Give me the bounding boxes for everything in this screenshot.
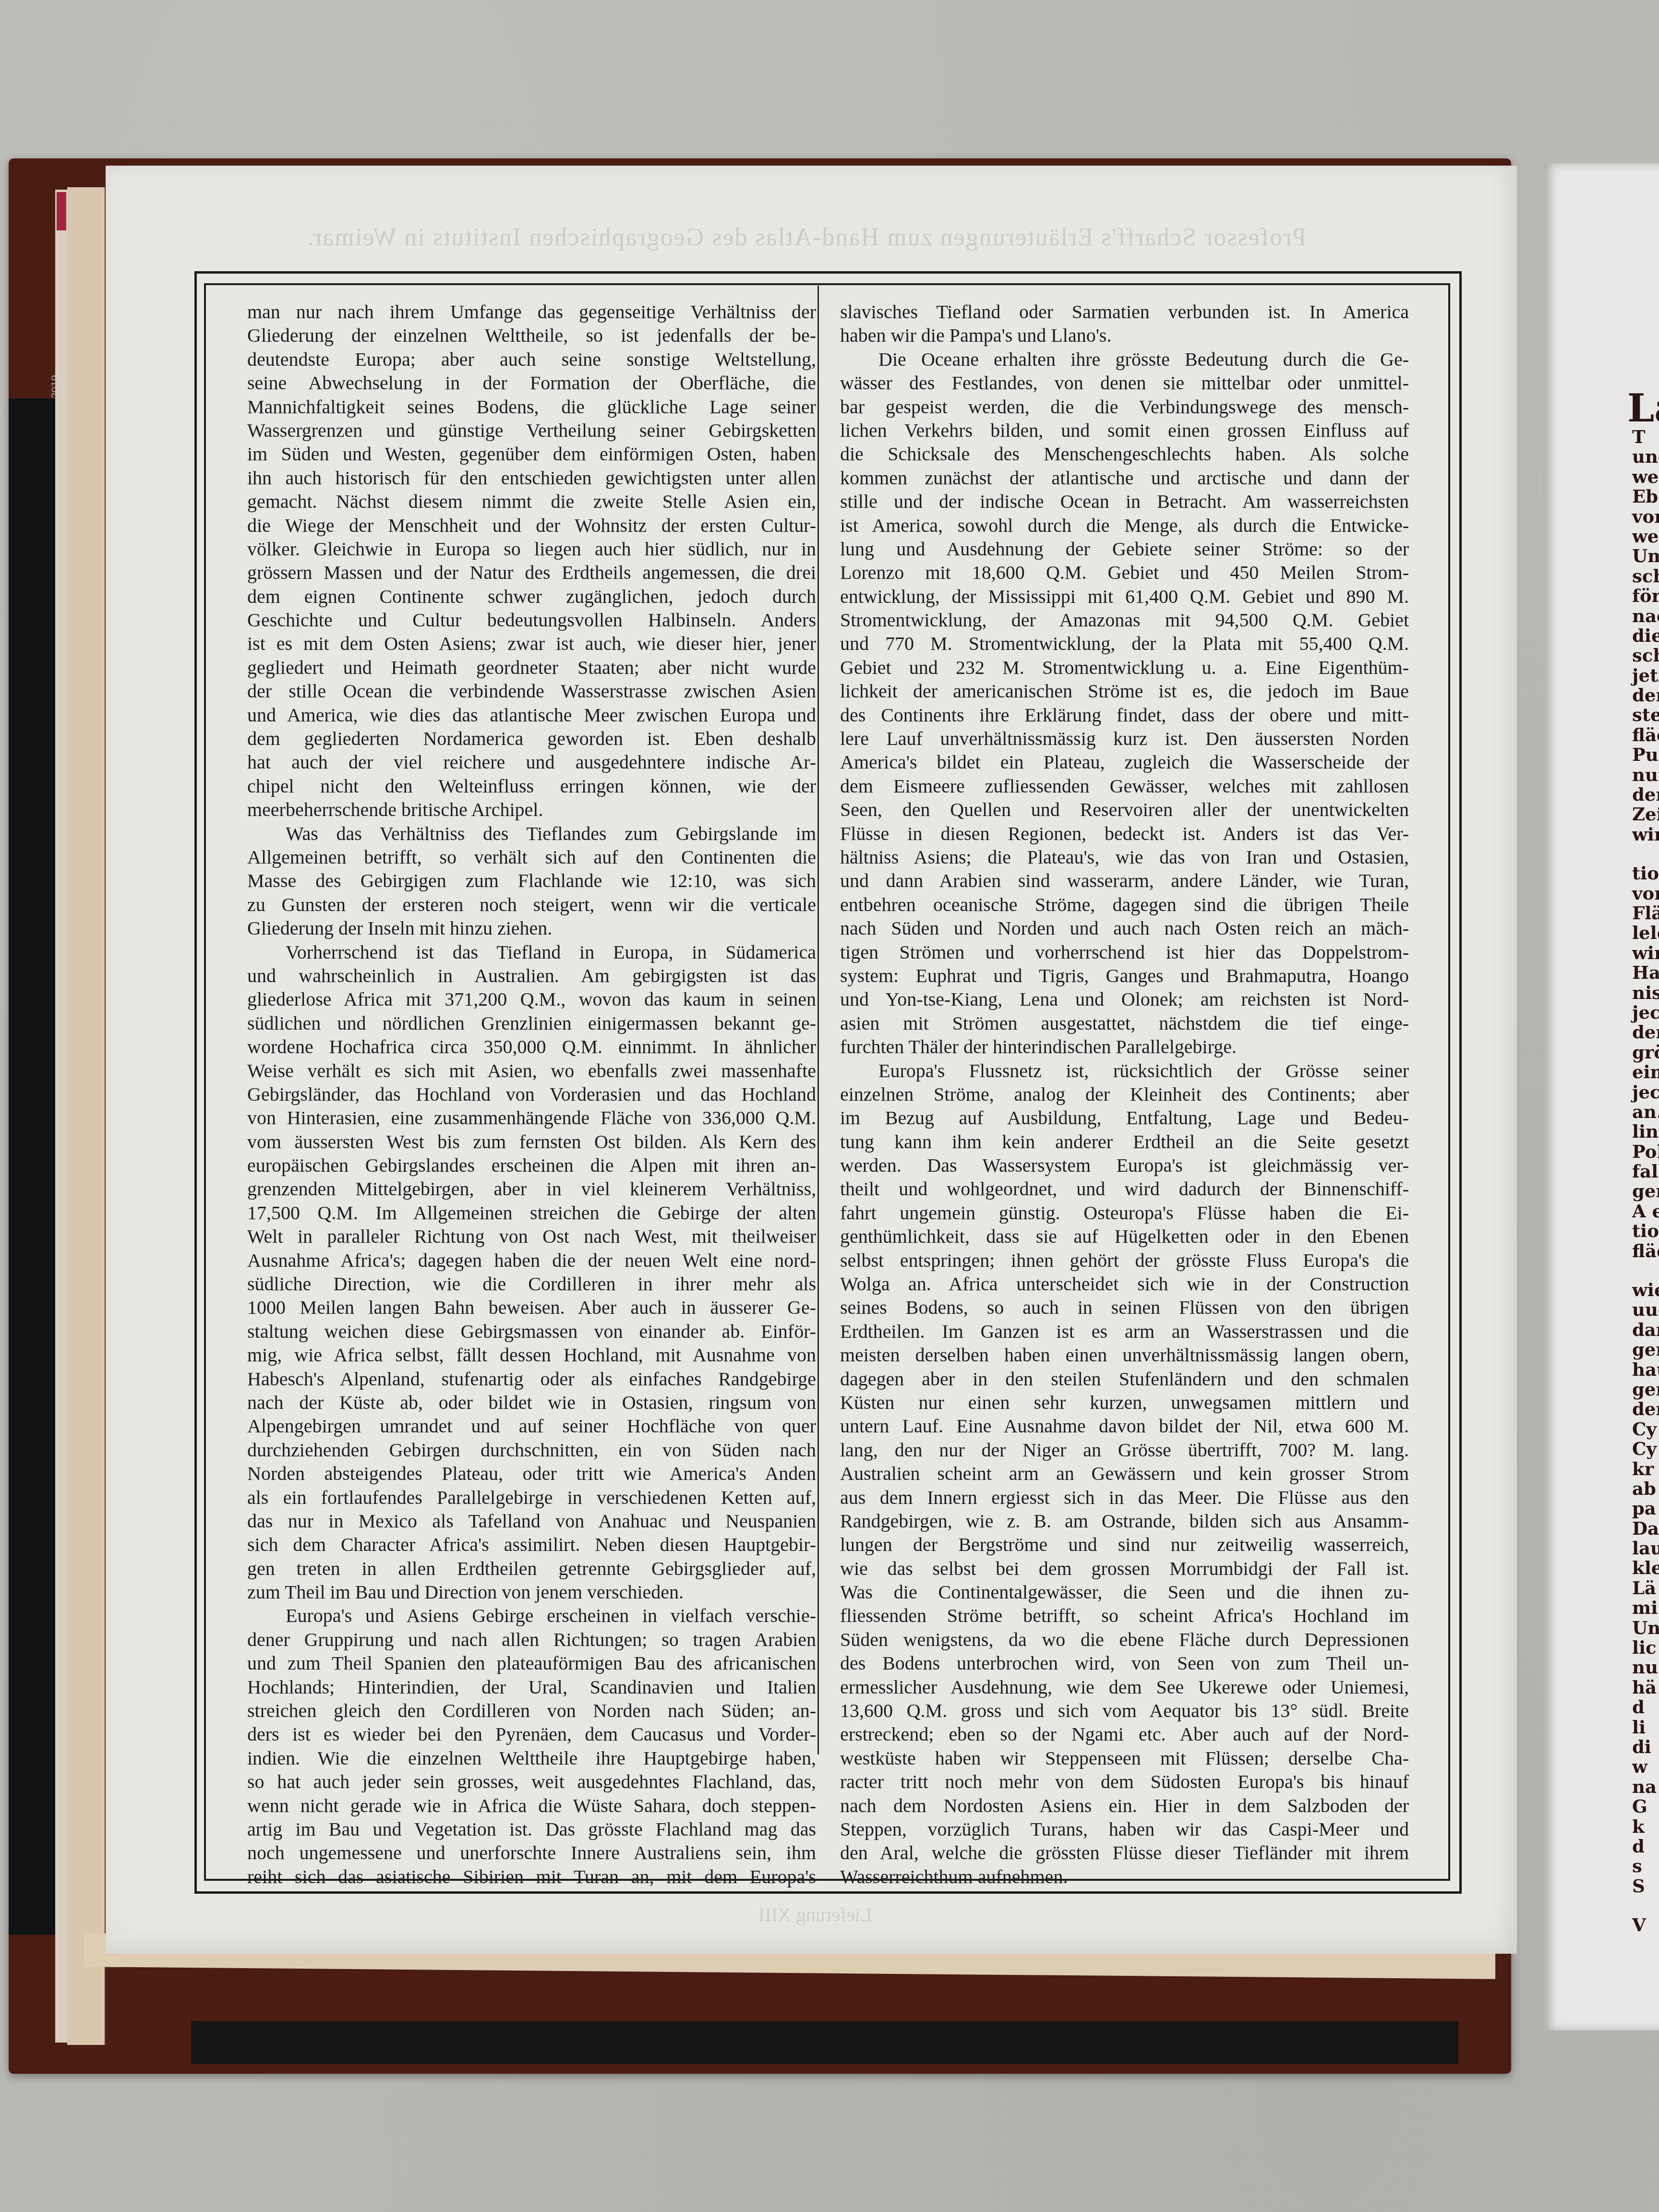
adjacent-page-fragment: grö (1632, 1043, 1659, 1062)
text-line: ihn auch historisch für den entschieden … (247, 466, 816, 490)
text-line: Welt in paralleler Richtung von Ost nach… (247, 1225, 816, 1248)
text-line: nach dem Nordosten Asiens ein. Hier in d… (840, 1794, 1409, 1817)
text-line: aus dem Innern ergiesst sich in das Meer… (840, 1486, 1409, 1509)
adjacent-page-fragment: Cy (1632, 1439, 1659, 1459)
adjacent-page-fragment: wir (1632, 825, 1659, 844)
text-line: und Yon-tse-Kiang, Lena und Olonek; am r… (840, 987, 1409, 1011)
text-line: ist es mit dem Osten Asiens; zwar ist au… (247, 632, 816, 655)
text-line: Europa's und Asiens Gebirge erscheinen i… (247, 1604, 816, 1627)
text-line: die Schicksale des Menschengeschlechts h… (840, 442, 1409, 466)
text-line: hältniss Asiens; die Plateau's, wie das … (840, 845, 1409, 869)
text-line: Weise verhält es sich mit Asien, wo eben… (247, 1059, 816, 1082)
adjacent-page-fragment: jec (1632, 1082, 1659, 1102)
adjacent-page-fragment: were (1632, 527, 1659, 546)
text-line: das nur in Mexico als Tafelland von Anah… (247, 1509, 816, 1533)
text-line: dem gegliederten Nordamerica geworden is… (247, 727, 816, 750)
text-line: untern Lauf. Eine Ausnahme davon bildet … (840, 1414, 1409, 1438)
document-page: Professor Scharff's Erläuterungen zum Ha… (106, 166, 1517, 1954)
cover-cloth-edge (191, 2021, 1458, 2064)
adjacent-page-fragment: k (1632, 1817, 1659, 1837)
text-line: entbehren oceanische Ströme, dagegen sin… (840, 893, 1409, 916)
spine-stamp: 2019 (49, 375, 61, 398)
adjacent-page-fragment: der (1632, 1022, 1659, 1042)
text-line: haben wir die Pampa's und Llano's. (840, 324, 1409, 347)
adjacent-page: La TundwereEbevonwereUmschiförnnachdiesc… (1543, 163, 1659, 2031)
adjacent-page-fragment: von (1632, 884, 1659, 903)
adjacent-page-fragment: Flä (1632, 903, 1659, 923)
adjacent-page-fragment: Cy (1632, 1419, 1659, 1439)
text-line: lungen der Bergströme und sind nur zeitw… (840, 1533, 1409, 1556)
book-spine (9, 398, 61, 1935)
text-line: erstreckend; eben so der Ngami etc. Aber… (840, 1722, 1409, 1746)
text-line: gemacht. Nächst diesem nimmt die zweite … (247, 490, 816, 513)
adjacent-page-fragment: fläc (1632, 1241, 1659, 1261)
text-line: Stromentwicklung, der Amazonas mit 94,50… (840, 608, 1409, 632)
adjacent-page-fragment: jetz (1632, 666, 1659, 685)
adjacent-page-fragment: lau (1632, 1539, 1659, 1558)
text-line: grössern Massen und der Natur des Erdthe… (247, 561, 816, 584)
adjacent-page-fragment: der (1632, 785, 1659, 805)
text-line: Flüsse in diesen Regionen, bedeckt ist. … (840, 822, 1409, 845)
text-line: im Bezug auf Ausbildung, Entfaltung, Lag… (840, 1106, 1409, 1130)
adjacent-page-fragment (1632, 844, 1659, 864)
text-line: 17,500 Q.M. Im Allgemeinen streichen die… (247, 1201, 816, 1225)
adjacent-page-fragment: mi (1632, 1598, 1659, 1618)
adjacent-page-fragment: na (1632, 1777, 1659, 1797)
text-line: Ausnahme Africa's; dagegen haben die der… (247, 1249, 816, 1272)
text-line: meisten derselben haben einen unverhältn… (840, 1343, 1409, 1367)
text-line: gegliedert und Heimath geordneter Staate… (247, 656, 816, 679)
text-line: indien. Wie die einzelnen Welttheile ihr… (247, 1746, 816, 1770)
adjacent-page-fragment: lic (1632, 1638, 1659, 1658)
text-line: asien mit Strömen ausgestattet, nächstde… (840, 1011, 1409, 1035)
adjacent-page-fragment: der (1632, 1399, 1659, 1419)
adjacent-page-fragment: lele (1632, 923, 1659, 943)
bookmark-ribbon (57, 192, 66, 230)
text-line: Was die Continentalgewässer, die Seen un… (840, 1580, 1409, 1604)
adjacent-page-fragment: d (1632, 1697, 1659, 1717)
text-line: wordene Hochafrica circa 350,000 Q.M. ei… (247, 1035, 816, 1058)
text-line: lichkeit der americanischen Ströme ist e… (840, 679, 1409, 703)
bleed-through-header: Professor Scharff's Erläuterungen zum Ha… (187, 223, 1426, 252)
text-line: wenn nicht gerade wie in Africa die Wüst… (247, 1794, 816, 1817)
text-line: wie das selbst bei dem grossen Morrumbid… (840, 1557, 1409, 1580)
text-line: lang, den nur der Niger an Grösse übertr… (840, 1438, 1409, 1462)
text-line: Europa's Flussnetz ist, rücksichtlich de… (840, 1059, 1409, 1082)
adjacent-page-fragment: die (1632, 626, 1659, 646)
text-line: und dann Arabien sind wasserarm, andere … (840, 869, 1409, 892)
text-line: racter tritt noch mehr von dem Südosten … (840, 1770, 1409, 1793)
adjacent-page-fragment: den (1632, 685, 1659, 705)
text-line: selbst entspringen; ihnen gehört der grö… (840, 1249, 1409, 1272)
text-line: und 770 M. Stromentwicklung, der la Plat… (840, 632, 1409, 655)
adjacent-page-fragment: niss (1632, 983, 1659, 1003)
text-line: Wolga an. Africa unterscheidet sich wie … (840, 1272, 1409, 1296)
text-line: gen treten in allen Erdtheilen getrennte… (247, 1557, 816, 1580)
adjacent-page-fragment: Pol (1632, 1142, 1659, 1162)
text-line: dem eignen Continente schwer zugängliche… (247, 585, 816, 608)
adjacent-page-fragment: hau (1632, 1360, 1659, 1380)
text-line: die Wiege der Menschheit und der Wohnsit… (247, 514, 816, 537)
text-line: europäischen Gebirgslandes erscheinen di… (247, 1154, 816, 1177)
adjacent-page-fragment: an. (1632, 1102, 1659, 1122)
adjacent-page-fragment: dar (1632, 1320, 1659, 1340)
adjacent-page-fragment: d (1632, 1837, 1659, 1856)
adjacent-page-fragment: fläc (1632, 725, 1659, 745)
text-line: seine Abwechselung in der Formation der … (247, 371, 816, 395)
adjacent-page-fragment: ger (1632, 1181, 1659, 1201)
adjacent-page-fragment: G (1632, 1797, 1659, 1816)
text-line: dener Gruppirung und nach allen Richtung… (247, 1628, 816, 1651)
adjacent-page-fragment: w (1632, 1757, 1659, 1777)
text-line: streichen gleich den Cordilleren von Nor… (247, 1699, 816, 1722)
text-line: meerbeherrschende britische Archipel. (247, 798, 816, 821)
text-line: stille und der indische Ocean in Betrach… (840, 490, 1409, 513)
text-line: Gliederung der Inseln mit hinzu ziehen. (247, 916, 816, 940)
adjacent-page-fragment: A e (1632, 1202, 1659, 1221)
text-line: 13,600 Q.M. gross und sich vom Aequator … (840, 1699, 1409, 1722)
text-line: so hat auch jeder sein grosses, weit aus… (247, 1770, 816, 1793)
text-line: den Aral, welche die grössten Flüsse die… (840, 1841, 1409, 1864)
adjacent-page-text: La TundwereEbevonwereUmschiförnnachdiesc… (1632, 163, 1659, 1935)
adjacent-page-fragment: ger (1632, 1380, 1659, 1399)
adjacent-page-fragment: s (1632, 1856, 1659, 1876)
text-line: als ein fortlaufendes Parallelgebirge in… (247, 1486, 816, 1509)
adjacent-page-fragment: pa (1632, 1499, 1659, 1518)
adjacent-page-fragment: tio (1632, 864, 1659, 883)
text-line: hat auch der viel reichere und ausgedehn… (247, 750, 816, 774)
text-line: staltung weichen diese Gebirgsmassen von… (247, 1320, 816, 1343)
adjacent-page-fragment: ject (1632, 1003, 1659, 1022)
text-line: lichen Verkehrs bilden, und somit einen … (840, 419, 1409, 442)
text-line: system: Euphrat und Tigris, Ganges und B… (840, 964, 1409, 987)
text-line: bar gespeist werden, die die Verbindungs… (840, 395, 1409, 419)
text-line: lung und Ausdehnung der Gebiete seiner S… (840, 537, 1409, 561)
text-line: seines Bodens, so auch in seinen Flüssen… (840, 1296, 1409, 1319)
text-line: fliessenden Ströme betrifft, so scheint … (840, 1604, 1409, 1627)
text-line: Lorenzo mit 18,600 Q.M. Gebiet und 450 M… (840, 561, 1409, 584)
drop-cap-initial: La (1627, 389, 1659, 427)
text-line: Die Oceane erhalten ihre grösste Bedeutu… (840, 348, 1409, 371)
text-line: zu Gunsten der ersteren noch steigert, w… (247, 893, 816, 916)
text-line: reiht sich das asiatische Sibirien mit T… (247, 1865, 816, 1888)
adjacent-page-fragment: nun (1632, 765, 1659, 785)
text-line: 1000 Meilen langen Bahn beweisen. Aber a… (247, 1296, 816, 1319)
adjacent-page-fragment: di (1632, 1737, 1659, 1757)
text-column-left: man nur nach ihrem Umfange das gegenseit… (247, 300, 816, 1888)
text-line: Alpengebirgen umrandet und auf seiner Ho… (247, 1414, 816, 1438)
text-line: lere Lauf unverhältnissmässig kurz ist. … (840, 727, 1409, 750)
text-line: werden. Das Wassersystem Europa's ist gl… (840, 1154, 1409, 1177)
text-line: Hochlands; Hinterindien, der Ural, Scand… (247, 1675, 816, 1699)
adjacent-page-fragment: tio (1632, 1221, 1659, 1241)
text-line: und zum Theil Spanien den plateauförmige… (247, 1651, 816, 1675)
text-line: nach der Küste ab, oder bildet wie in Os… (247, 1391, 816, 1414)
adjacent-page-fragment: von (1632, 507, 1659, 527)
adjacent-page-fragment: were (1632, 467, 1659, 487)
endpaper (67, 187, 106, 2045)
text-line: wässer des Festlandes, von denen sie mit… (840, 371, 1409, 395)
text-line: Was das Verhältniss des Tieflandes zum G… (247, 822, 816, 845)
bleed-through-footer: Lieferung XIII (758, 1903, 872, 1926)
text-line: ders ist es wieder bei den Pyrenäen, dem… (247, 1722, 816, 1746)
adjacent-page-fragment: nach (1632, 606, 1659, 626)
text-line: der stille Ocean die verbindende Wassers… (247, 679, 816, 703)
adjacent-page-fragment: Da (1632, 1519, 1659, 1539)
text-line: deutendste Europa; aber auch seine sonst… (247, 348, 816, 371)
text-line: sich dem Character Africa's assimilirt. … (247, 1533, 816, 1556)
text-line: Australien scheint arm an Gewässern und … (840, 1462, 1409, 1485)
column-divider (817, 286, 819, 1755)
text-line: Geschichte und Cultur bedeutungsvollen H… (247, 608, 816, 632)
text-line: westküste haben wir Steppenseen mit Flüs… (840, 1746, 1409, 1770)
adjacent-page-fragment: hä (1632, 1678, 1659, 1697)
text-line: im Süden und Westen, gegenüber dem einfö… (247, 442, 816, 466)
adjacent-page-fragment: scho (1632, 646, 1659, 665)
text-line: entwicklung, der Mississippi mit 61,400 … (840, 585, 1409, 608)
text-line: Wasserreichthum aufnehmen. (840, 1865, 1409, 1888)
text-line: tigen Strömen und vorherrschend ist hier… (840, 940, 1409, 964)
adjacent-page-fragment (1632, 1261, 1659, 1280)
adjacent-page-fragment: und (1632, 447, 1659, 467)
adjacent-page-fragment: Ebe (1632, 487, 1659, 506)
adjacent-page-fragment: ab (1632, 1479, 1659, 1499)
adjacent-page-fragment: förn (1632, 586, 1659, 606)
text-line: dagegen aber in den steilen Stufenländer… (840, 1367, 1409, 1391)
text-line: grenzenden Mittelgebirgen, aber in viel … (247, 1177, 816, 1201)
text-line: Randgebirgen, wie z. B. am Ostrande, bil… (840, 1509, 1409, 1533)
text-line: slavisches Tiefland oder Sarmatien verbu… (840, 300, 1409, 324)
text-line: America's bildet ein Plateau, zugleich d… (840, 750, 1409, 774)
text-line: nach Süden und Norden und auch nach Oste… (840, 916, 1409, 940)
text-line: Habesch's Alpenland, stufenartig oder al… (247, 1367, 816, 1391)
text-line: südliche Direction, wie die Cordilleren … (247, 1272, 816, 1296)
text-line: fahrt ungemein günstig. Osteuropa's Flüs… (840, 1201, 1409, 1225)
text-line: genthümlichkeit, dass sie auf Hügelkette… (840, 1225, 1409, 1248)
text-line: theilt und wohlgeordnet, und wird dadurc… (840, 1177, 1409, 1201)
text-line: ist America, sowohl durch die Menge, als… (840, 514, 1409, 537)
text-line: man nur nach ihrem Umfange das gegenseit… (247, 300, 816, 324)
text-line: des Continents ihre Erklärung findet, da… (840, 703, 1409, 727)
adjacent-page-fragment: fall (1632, 1162, 1659, 1181)
adjacent-page-fragment: Zeic (1632, 805, 1659, 824)
text-line: noch ungemessene und unerforschte Innere… (247, 1841, 816, 1864)
text-line: chipel nicht den Welteinfluss erringen k… (247, 774, 816, 798)
text-line: Erdtheilen. Im Ganzen ist es arm an Wass… (840, 1320, 1409, 1343)
text-column-right: slavisches Tiefland oder Sarmatien verbu… (840, 300, 1409, 1888)
text-line: Gebirgsländer, das Hochland von Vorderas… (247, 1082, 816, 1106)
adjacent-page-fragment: Hau (1632, 963, 1659, 983)
adjacent-page-fragment: ger (1632, 1340, 1659, 1359)
text-line: Mannichfaltigkeit seines Bodens, die glü… (247, 395, 816, 419)
adjacent-page-fragment: uud (1632, 1300, 1659, 1320)
text-line: furchten Thäler der hinterindischen Para… (840, 1035, 1409, 1058)
adjacent-page-fragment: V (1632, 1915, 1659, 1935)
text-line: und wahrscheinlich in Australien. Am geb… (247, 964, 816, 987)
text-line: Süden wenigstens, da wo die ebene Fläche… (840, 1628, 1409, 1651)
text-line: von Hinterasien, eine zusammenhängende F… (247, 1106, 816, 1130)
text-line: Steppen, vorzüglich Turans, haben wir da… (840, 1817, 1409, 1841)
text-line: artig im Bau und Vegetation ist. Das grö… (247, 1817, 816, 1841)
adjacent-page-fragment: Lä (1632, 1578, 1659, 1598)
text-line: gliederlose Africa mit 371,200 Q.M., wov… (247, 987, 816, 1011)
text-line: tung kann ihm kein anderer Erdtheil an d… (840, 1130, 1409, 1154)
text-line: kommen zunächst der atlantische und arct… (840, 466, 1409, 490)
text-line: Vorherrschend ist das Tiefland in Europa… (247, 940, 816, 964)
text-line: Gliederung der einzelnen Welttheile, so … (247, 324, 816, 347)
adjacent-page-fragment: stel (1632, 705, 1659, 725)
text-line: Küsten nur einen sehr kurzen, unwegsamen… (840, 1391, 1409, 1414)
text-line: Allgemeinen betrifft, so verhält sich au… (247, 845, 816, 869)
text-line: Norden absteigendes Plateau, oder tritt … (247, 1462, 816, 1485)
adjacent-page-fragment: ein (1632, 1062, 1659, 1082)
text-line: des Bodens unterbrochen wird, von Seen v… (840, 1651, 1409, 1675)
text-line: südlichen und nördlichen Grenzlinien ein… (247, 1011, 816, 1035)
text-line: völker. Gleichwie in Europa so liegen au… (247, 537, 816, 561)
adjacent-page-fragment: nu (1632, 1658, 1659, 1677)
text-line: Gebiet und 232 M. Stromentwicklung u. a.… (840, 656, 1409, 679)
adjacent-page-fragment (1632, 1896, 1659, 1915)
text-line: Masse des Gebirgigen zum Flachlande wie … (247, 869, 816, 892)
text-line: durchziehenden Gebirgen durchschnitten, … (247, 1438, 816, 1462)
adjacent-page-fragment: Pun (1632, 745, 1659, 765)
adjacent-page-fragment: wie (1632, 1280, 1659, 1300)
adjacent-page-fragment: schi (1632, 566, 1659, 586)
adjacent-page-fragment: Um (1632, 546, 1659, 566)
text-line: Wassergrenzen und günstige Vertheilung s… (247, 419, 816, 442)
text-line: einzelnen Ströme, analog der Kleinheit d… (840, 1082, 1409, 1106)
text-line: mig, wie Africa selbst, fällt dessen Hoc… (247, 1343, 816, 1367)
text-line: und America, wie dies das atlantische Me… (247, 703, 816, 727)
adjacent-page-fragment: kle (1632, 1558, 1659, 1578)
adjacent-page-fragment: lini (1632, 1122, 1659, 1142)
text-line: zum Theil im Bau und Direction von jenem… (247, 1580, 816, 1604)
adjacent-page-fragment: Un (1632, 1618, 1659, 1638)
text-line: Seen, den Quellen und Reservoiren aller … (840, 798, 1409, 821)
text-line: ermesslicher Ausdehnung, wie dem See Uke… (840, 1675, 1409, 1699)
text-line: vom äussersten West bis zum fernsten Ost… (247, 1130, 816, 1154)
adjacent-page-fragment: S (1632, 1876, 1659, 1896)
adjacent-page-fragment: wir (1632, 943, 1659, 963)
adjacent-page-fragment: kr (1632, 1459, 1659, 1479)
text-line: dem Eismeere zufliessenden Gewässer, wel… (840, 774, 1409, 798)
adjacent-page-fragment: li (1632, 1718, 1659, 1737)
